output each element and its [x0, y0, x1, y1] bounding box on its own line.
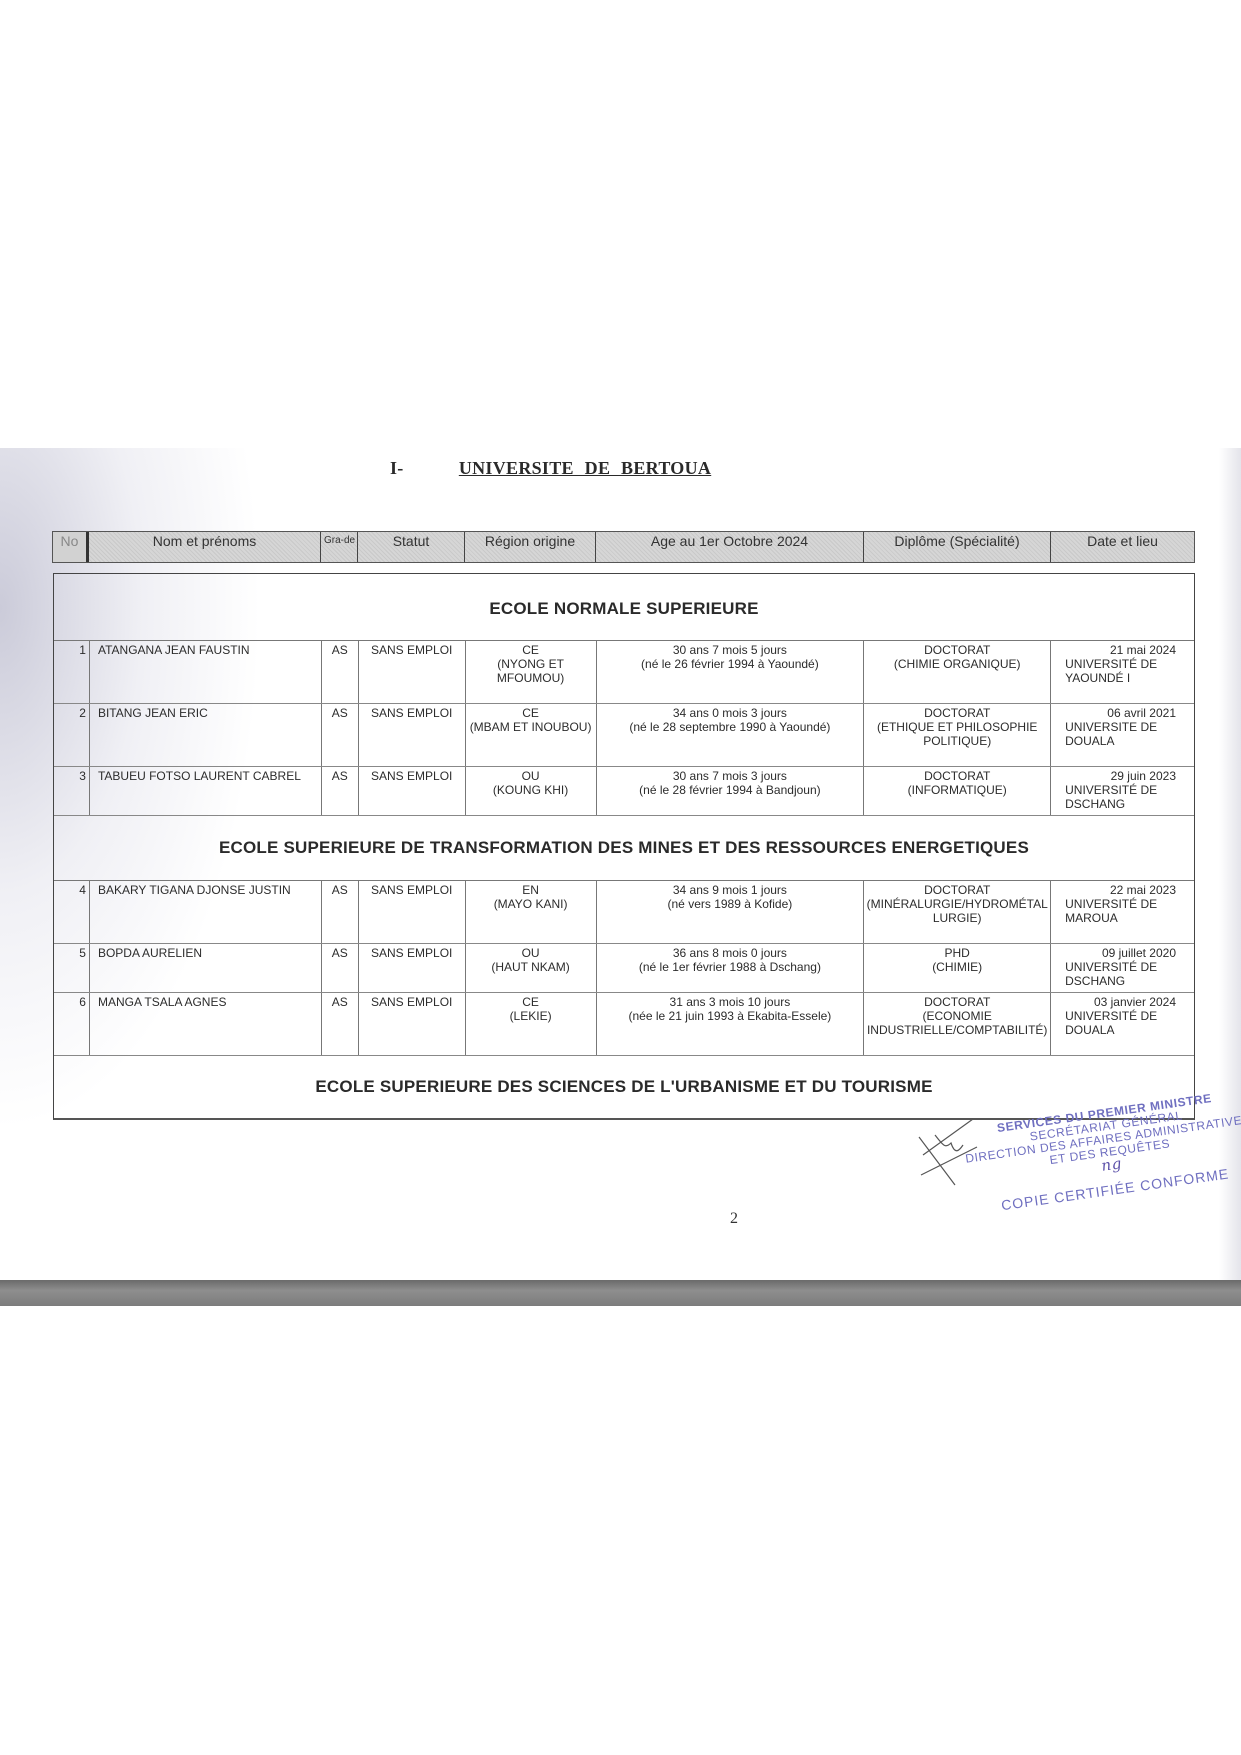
age-line: 30 ans 7 mois 5 jours — [597, 643, 864, 657]
grade: AS — [322, 993, 359, 1055]
diploma-place: DOUALA — [1065, 734, 1194, 748]
diploma: DOCTORAT(ECONOMIEINDUSTRIELLE/COMPTABILI… — [864, 993, 1051, 1055]
age-line: (né vers 1989 à Kofide) — [597, 897, 864, 911]
diploma: DOCTORAT(ETHIQUE ET PHILOSOPHIEPOLITIQUE… — [864, 704, 1051, 766]
status: SANS EMPLOI — [359, 993, 466, 1055]
grade: AS — [322, 704, 359, 766]
header-no: No — [53, 532, 89, 562]
diploma-place: UNIVERSITÉ DE — [1065, 960, 1194, 974]
age-line: (né le 28 février 1994 à Bandjoun) — [597, 783, 864, 797]
diploma-line: POLITIQUE) — [864, 734, 1050, 748]
region-origin-line: CE — [466, 706, 596, 720]
section-number: I- — [390, 458, 454, 479]
diploma-date: 09 juillet 2020 — [1065, 946, 1194, 960]
section-title: ECOLE SUPERIEURE DES SCIENCES DE L'URBAN… — [54, 1056, 1194, 1118]
candidate-name: ATANGANA JEAN FAUSTIN — [90, 641, 322, 703]
section-title: ECOLE SUPERIEURE DE TRANSFORMATION DES M… — [54, 816, 1194, 881]
row-number: 4 — [54, 881, 90, 943]
region-origin-line: OU — [466, 946, 596, 960]
age-line: 34 ans 9 mois 1 jours — [597, 883, 864, 897]
header-grade: Gra-de — [321, 532, 358, 562]
status: SANS EMPLOI — [359, 641, 466, 703]
diploma: DOCTORAT(CHIMIE ORGANIQUE) — [864, 641, 1051, 703]
table-header: No Nom et prénoms Gra-de Statut Région o… — [52, 531, 1195, 563]
diploma-line: (CHIMIE) — [864, 960, 1050, 974]
diploma-date: 06 avril 2021 — [1065, 706, 1194, 720]
region-origin: EN(MAYO KANI) — [466, 881, 597, 943]
candidates-table: ECOLE NORMALE SUPERIEURE1ATANGANA JEAN F… — [53, 573, 1195, 1120]
diploma-line: (INFORMATIQUE) — [864, 783, 1050, 797]
region-origin: CE(NYONG ETMFOUMOU) — [466, 641, 597, 703]
region-origin-line: MFOUMOU) — [466, 671, 596, 685]
diploma-line: (CHIMIE ORGANIQUE) — [864, 657, 1050, 671]
candidate-name: BAKARY TIGANA DJONSE JUSTIN — [90, 881, 322, 943]
table-row: 6MANGA TSALA AGNESASSANS EMPLOICE(LEKIE)… — [54, 993, 1194, 1056]
table-row: 1ATANGANA JEAN FAUSTINASSANS EMPLOICE(NY… — [54, 641, 1194, 704]
region-origin-line: CE — [466, 995, 596, 1009]
region-origin-line: (MBAM ET INOUBOU) — [466, 720, 596, 734]
diploma-place: DSCHANG — [1065, 797, 1194, 811]
diploma-date: 03 janvier 2024 — [1065, 995, 1194, 1009]
date-and-place: 21 mai 2024UNIVERSITÉ DEYAOUNDÉ I — [1051, 641, 1194, 703]
region-origin: OU(KOUNG KHI) — [466, 767, 597, 815]
age: 36 ans 8 mois 0 jours(né le 1er février … — [597, 944, 865, 992]
scanner-edge-band — [0, 1280, 1241, 1306]
grade: AS — [322, 944, 359, 992]
header-diplome: Diplôme (Spécialité) — [864, 532, 1051, 562]
age-line: 34 ans 0 mois 3 jours — [597, 706, 864, 720]
age-line: 30 ans 7 mois 3 jours — [597, 769, 864, 783]
diploma-line: INDUSTRIELLE/COMPTABILITÉ) — [864, 1023, 1050, 1037]
header-nom: Nom et prénoms — [89, 532, 321, 562]
age-line: (né le 26 février 1994 à Yaoundé) — [597, 657, 864, 671]
region-origin-line: (MAYO KANI) — [466, 897, 596, 911]
diploma-line: DOCTORAT — [864, 643, 1050, 657]
row-number: 1 — [54, 641, 90, 703]
diploma: DOCTORAT(INFORMATIQUE) — [864, 767, 1051, 815]
date-and-place: 29 juin 2023UNIVERSITÉ DEDSCHANG — [1051, 767, 1194, 815]
row-number: 3 — [54, 767, 90, 815]
age: 31 ans 3 mois 10 jours(née le 21 juin 19… — [597, 993, 865, 1055]
header-region: Région origine — [465, 532, 596, 562]
candidate-name: BOPDA AURELIEN — [90, 944, 322, 992]
diploma-line: DOCTORAT — [864, 995, 1050, 1009]
date-and-place: 03 janvier 2024UNIVERSITÉ DEDOUALA — [1051, 993, 1194, 1055]
section-title: ECOLE NORMALE SUPERIEURE — [54, 574, 1194, 641]
table-row: 5BOPDA AURELIENASSANS EMPLOIOU(HAUT NKAM… — [54, 944, 1194, 993]
region-origin-line: EN — [466, 883, 596, 897]
age: 34 ans 0 mois 3 jours(né le 28 septembre… — [597, 704, 865, 766]
age-line: 36 ans 8 mois 0 jours — [597, 946, 864, 960]
candidate-name: TABUEU FOTSO LAURENT CABREL — [90, 767, 322, 815]
region-origin-line: CE — [466, 643, 596, 657]
diploma-place: UNIVERSITÉ DE — [1065, 657, 1194, 671]
diploma-line: PHD — [864, 946, 1050, 960]
status: SANS EMPLOI — [359, 881, 466, 943]
date-and-place: 06 avril 2021UNIVERSITE DEDOUALA — [1051, 704, 1194, 766]
region-origin-line: (LEKIE) — [466, 1009, 596, 1023]
diploma-line: DOCTORAT — [864, 769, 1050, 783]
table-row: 3TABUEU FOTSO LAURENT CABRELASSANS EMPLO… — [54, 767, 1194, 816]
university-title: UNIVERSITE DE BERTOUA — [459, 458, 711, 478]
diploma-place: DSCHANG — [1065, 974, 1194, 988]
diploma-line: LURGIE) — [864, 911, 1050, 925]
region-origin-line: OU — [466, 769, 596, 783]
diploma-place: UNIVERSITÉ DE — [1065, 783, 1194, 797]
diploma-place: UNIVERSITE DE — [1065, 720, 1194, 734]
header-date: Date et lieu — [1051, 532, 1194, 562]
region-origin-line: (NYONG ET — [466, 657, 596, 671]
age: 30 ans 7 mois 5 jours(né le 26 février 1… — [597, 641, 865, 703]
header-age: Age au 1er Octobre 2024 — [596, 532, 864, 562]
diploma-line: (MINÉRALURGIE/HYDROMÉTAL — [864, 897, 1050, 911]
status: SANS EMPLOI — [359, 767, 466, 815]
diploma-line: (ETHIQUE ET PHILOSOPHIE — [864, 720, 1050, 734]
age-line: (né le 1er février 1988 à Dschang) — [597, 960, 864, 974]
diploma-date: 22 mai 2023 — [1065, 883, 1194, 897]
diploma-line: DOCTORAT — [864, 706, 1050, 720]
age: 34 ans 9 mois 1 jours(né vers 1989 à Kof… — [597, 881, 865, 943]
page-number: 2 — [730, 1210, 738, 1228]
age: 30 ans 7 mois 3 jours(né le 28 février 1… — [597, 767, 865, 815]
header-statut: Statut — [358, 532, 465, 562]
candidate-name: BITANG JEAN ERIC — [90, 704, 322, 766]
grade: AS — [322, 881, 359, 943]
diploma-date: 29 juin 2023 — [1065, 769, 1194, 783]
status: SANS EMPLOI — [359, 944, 466, 992]
diploma: DOCTORAT(MINÉRALURGIE/HYDROMÉTALLURGIE) — [864, 881, 1051, 943]
grade: AS — [322, 641, 359, 703]
diploma-place: DOUALA — [1065, 1023, 1194, 1037]
date-and-place: 22 mai 2023UNIVERSITÉ DEMAROUA — [1051, 881, 1194, 943]
region-origin: CE(MBAM ET INOUBOU) — [466, 704, 597, 766]
row-number: 2 — [54, 704, 90, 766]
region-origin: CE(LEKIE) — [466, 993, 597, 1055]
region-origin: OU(HAUT NKAM) — [466, 944, 597, 992]
table-row: 2BITANG JEAN ERICASSANS EMPLOICE(MBAM ET… — [54, 704, 1194, 767]
diploma-line: (ECONOMIE — [864, 1009, 1050, 1023]
diploma-place: YAOUNDÉ I — [1065, 671, 1194, 685]
date-and-place: 09 juillet 2020UNIVERSITÉ DEDSCHANG — [1051, 944, 1194, 992]
age-line: 31 ans 3 mois 10 jours — [597, 995, 864, 1009]
candidate-name: MANGA TSALA AGNES — [90, 993, 322, 1055]
row-number: 5 — [54, 944, 90, 992]
region-origin-line: (HAUT NKAM) — [466, 960, 596, 974]
diploma-place: MAROUA — [1065, 911, 1194, 925]
row-number: 6 — [54, 993, 90, 1055]
region-origin-line: (KOUNG KHI) — [466, 783, 596, 797]
diploma: PHD(CHIMIE) — [864, 944, 1051, 992]
table-row: 4BAKARY TIGANA DJONSE JUSTINASSANS EMPLO… — [54, 881, 1194, 944]
diploma-place: UNIVERSITÉ DE — [1065, 897, 1194, 911]
status: SANS EMPLOI — [359, 704, 466, 766]
age-line: (né le 28 septembre 1990 à Yaoundé) — [597, 720, 864, 734]
diploma-place: UNIVERSITÉ DE — [1065, 1009, 1194, 1023]
grade: AS — [322, 767, 359, 815]
document-heading: I- UNIVERSITE DE BERTOUA — [390, 458, 711, 479]
age-line: (née le 21 juin 1993 à Ekabita-Essele) — [597, 1009, 864, 1023]
diploma-line: DOCTORAT — [864, 883, 1050, 897]
diploma-date: 21 mai 2024 — [1065, 643, 1194, 657]
